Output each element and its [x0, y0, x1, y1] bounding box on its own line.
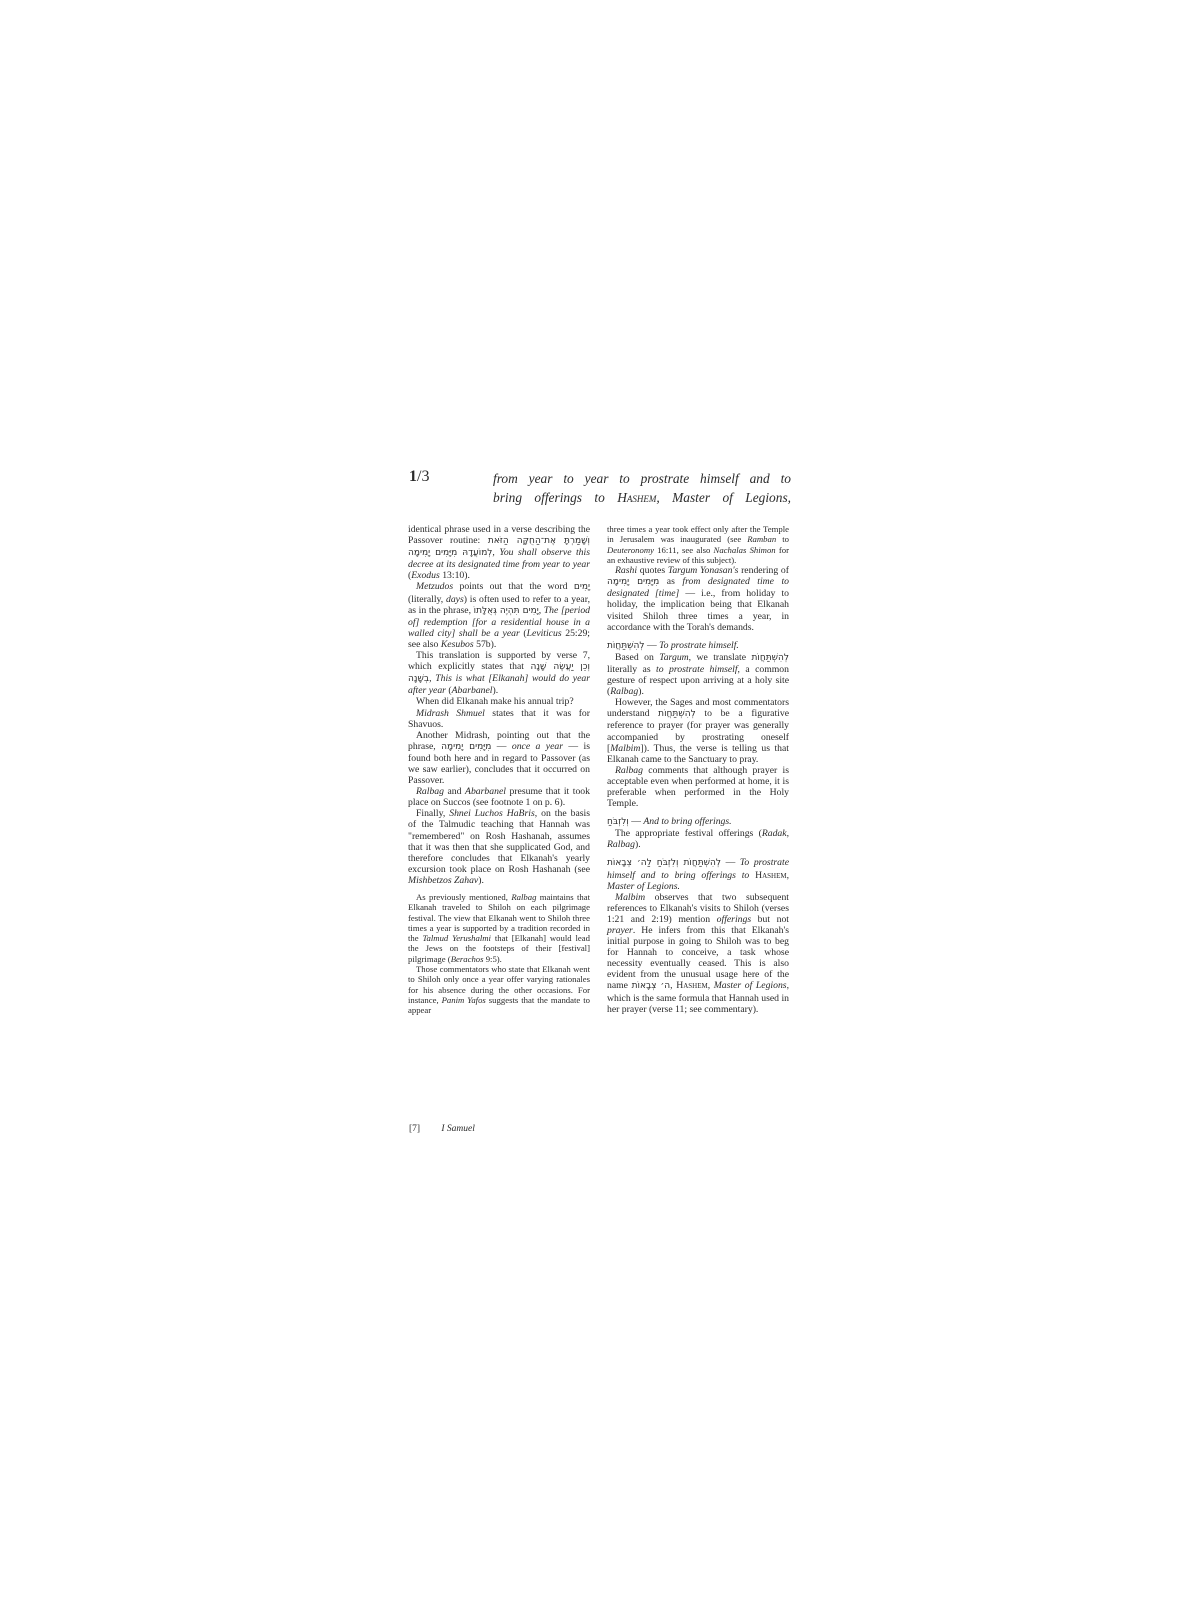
- verse-number: 3: [421, 468, 429, 485]
- commentator-name: Shnei Luchos HaBris: [449, 808, 534, 819]
- commentator-name: Abarbanel: [452, 685, 493, 696]
- source-reference: Deuteronomy: [607, 545, 654, 555]
- hebrew-lemma: לְהִשְׁתַּחֲוֹת: [607, 641, 645, 651]
- text: ).: [638, 686, 644, 697]
- commentary-paragraph: However, the Sages and most commentators…: [607, 697, 789, 765]
- lemma-translation: To prostrate himself.: [659, 640, 739, 651]
- chapter-verse-reference: 1/3: [409, 468, 429, 486]
- commentator-name: Ralbag: [511, 892, 536, 902]
- commentary-paragraph: When did Elkanah make his annual trip?: [408, 696, 590, 707]
- text: quotes: [637, 565, 668, 576]
- commentary-paragraph: Ralbag and Abarbanel presume that it too…: [408, 786, 590, 808]
- text: rendering of: [738, 565, 789, 576]
- commentator-name: Ralbag: [610, 686, 638, 697]
- source-reference: Berachos: [451, 954, 484, 964]
- book-page: 1/3 from year to year to prostrate himse…: [0, 0, 1200, 1600]
- text: (literally,: [408, 594, 446, 605]
- page-footer: [7] I Samuel: [409, 1124, 475, 1134]
- commentator-name: Malbim: [610, 743, 640, 754]
- lemma-heading: לְהִשְׁתַּחֲוֹת וְלִזְבֹּחַ לַה׳ צְבָאוֹ…: [607, 857, 789, 891]
- source-reference: Targum: [659, 652, 688, 663]
- text: 13:10).: [440, 570, 470, 581]
- italic-translation: , Master of Legions: [708, 980, 787, 991]
- source-reference: Nachalas Shimon: [714, 545, 776, 555]
- hebrew-quote: לְהִשְׁתַּחֲוֹת: [751, 653, 789, 663]
- text: ).: [635, 839, 641, 850]
- hebrew-quote: מִיָּמִים יָמִימָה: [607, 577, 659, 587]
- lemma-translation: And to bring offerings.: [643, 816, 731, 827]
- commentary-left-column: identical phrase used in a verse describ…: [408, 524, 590, 1016]
- text: —: [721, 857, 740, 868]
- text: —: [645, 640, 660, 651]
- source-reference: Mishbetzos Zahav: [408, 875, 478, 886]
- commentator-name: Ramban: [747, 534, 776, 544]
- translation-text: , Master of Legions,: [656, 490, 791, 505]
- hebrew-quote: יָמִים תִּהְיֶה גְּאֻלָּתוֹ: [474, 606, 539, 616]
- hebrew-quote: יָמִים: [574, 582, 590, 592]
- commentary-paragraph: identical phrase used in a verse describ…: [408, 524, 590, 581]
- italic-term: offerings: [717, 914, 751, 925]
- source-reference: Kesubos: [441, 639, 474, 650]
- source-reference: Leviticus: [527, 628, 562, 639]
- text: ).: [493, 685, 499, 696]
- book-title: I Samuel: [441, 1124, 475, 1134]
- hebrew-lemma: וְלִזְבֹּחַ: [607, 817, 629, 827]
- commentator-name: Abarbanel: [465, 786, 506, 797]
- divine-name: Hashem: [617, 490, 656, 505]
- source-reference: Talmud Yerushalmi: [423, 933, 491, 943]
- source-reference: Exodus: [411, 570, 440, 581]
- italic-translation: This is what [Elkanah] would do year aft…: [408, 673, 590, 696]
- translation-line-1: from year to year to prostrate himself a…: [493, 470, 791, 489]
- commentary-paragraph: Rashi quotes Targum Yonasan's rendering …: [607, 565, 789, 633]
- commentary-paragraph: Ralbag comments that although prayer is …: [607, 765, 789, 809]
- commentary-right-column: three times a year took effect only afte…: [607, 524, 789, 1015]
- commentator-name: Ralbag: [416, 786, 444, 797]
- chapter-number: 1: [409, 468, 417, 485]
- commentary-paragraph: Finally, Shnei Luchos HaBris, on the bas…: [408, 808, 590, 886]
- divine-name: Hashem: [676, 980, 708, 991]
- commentary-paragraph: Another Midrash, pointing out that the p…: [408, 730, 590, 786]
- text: 9:5).: [484, 954, 502, 964]
- commentator-name: Targum Yonasan's: [668, 565, 739, 576]
- text: ).: [478, 875, 484, 886]
- footnote-paragraph: three times a year took effect only afte…: [607, 524, 789, 565]
- commentary-paragraph: The appropriate festival offerings (Rada…: [607, 828, 789, 850]
- verse-translation: from year to year to prostrate himself a…: [493, 470, 791, 507]
- italic-term: prayer: [607, 925, 633, 936]
- commentator-name: Midrash Shmuel: [416, 708, 485, 719]
- italic-translation: once a year: [512, 741, 563, 752]
- divine-name: Hashem: [755, 870, 787, 881]
- text: literally as: [607, 664, 656, 675]
- page-number: [7]: [409, 1124, 439, 1134]
- text: —: [491, 741, 512, 752]
- commentary-paragraph: Malbim observes that two subsequent refe…: [607, 892, 789, 1015]
- lemma-heading: וְלִזְבֹּחַ — And to bring offerings.: [607, 816, 789, 828]
- translation-text: bring offerings to: [493, 490, 617, 505]
- commentator-name: Metzudos: [416, 581, 453, 592]
- footnote-paragraph: As previously mentioned, Ralbag maintain…: [408, 892, 590, 964]
- text: 16:11, see also: [654, 545, 714, 555]
- hebrew-quote: מִיָּמִים יָמִימָה: [441, 742, 491, 752]
- hebrew-lemma: לְהִשְׁתַּחֲוֹת וְלִזְבֹּחַ לַה׳ צְבָאוֹ…: [607, 858, 721, 868]
- commentator-name: Rashi: [615, 565, 637, 576]
- commentary-paragraph: Based on Targum, we translate לְהִשְׁתַּ…: [607, 652, 789, 697]
- commentary-paragraph: Midrash Shmuel states that it was for Sh…: [408, 708, 590, 730]
- text: but not: [751, 914, 789, 925]
- text: Based on: [615, 652, 659, 663]
- commentary-paragraph: This translation is supported by verse 7…: [408, 650, 590, 696]
- hebrew-quote: לְהִשְׁתַּחֲוֹת: [658, 709, 696, 719]
- commentary-paragraph: Metzudos points out that the word יָמִים…: [408, 581, 590, 650]
- commentator-name: Ralbag: [615, 765, 643, 776]
- text: to: [776, 534, 789, 544]
- text: —: [629, 816, 644, 827]
- commentator-name: Panim Yafos: [442, 995, 486, 1005]
- text: As previously mentioned,: [416, 892, 511, 902]
- translation-line-2: bring offerings to Hashem, Master of Leg…: [493, 489, 791, 508]
- hebrew-quote: ה׳ צְבָאוֹת: [632, 981, 671, 991]
- footnote-paragraph: Those commentators who state that Elkana…: [408, 964, 590, 1015]
- text: Finally,: [416, 808, 449, 819]
- commentator-name: Malbim: [615, 892, 645, 903]
- italic-term: days: [446, 594, 464, 605]
- text: The appropriate festival offerings (: [615, 828, 762, 839]
- lemma-heading: לְהִשְׁתַּחֲוֹת — To prostrate himself.: [607, 640, 789, 652]
- text: as: [659, 576, 682, 587]
- text: and: [444, 786, 465, 797]
- text: (: [520, 628, 527, 639]
- text: , we translate: [689, 652, 752, 663]
- text: points out that the word: [453, 581, 574, 592]
- italic-translation: to prostrate himself: [656, 664, 738, 675]
- text: 57b).: [474, 639, 497, 650]
